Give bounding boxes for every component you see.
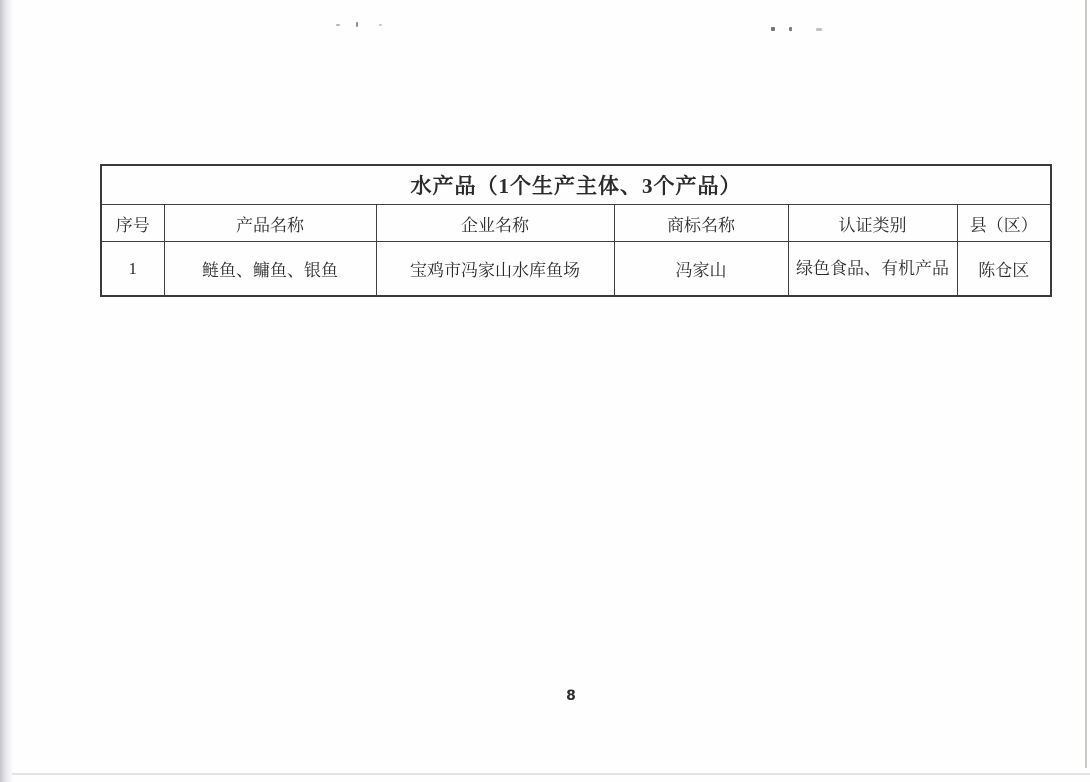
scanned-page: 水产品（1个生产主体、3个产品） 序号 产品名称 企业名称 商标名称 认证类别 … bbox=[0, 0, 1090, 782]
cell-brand-name: 冯家山 bbox=[614, 242, 788, 297]
scan-speck bbox=[336, 24, 340, 26]
cell-product-name: 鲢鱼、鳙鱼、银鱼 bbox=[164, 242, 376, 297]
column-header-seq: 序号 bbox=[101, 205, 164, 242]
table-header-row: 序号 产品名称 企业名称 商标名称 认证类别 县（区） bbox=[101, 205, 1051, 242]
column-header-product-name: 产品名称 bbox=[164, 205, 376, 242]
table-title: 水产品（1个生产主体、3个产品） bbox=[101, 165, 1051, 205]
scan-speck bbox=[771, 27, 775, 31]
scan-edge-bottom bbox=[12, 773, 1090, 775]
scan-speck bbox=[356, 22, 358, 27]
cell-county: 陈仓区 bbox=[957, 242, 1051, 297]
column-header-certification-type: 认证类别 bbox=[788, 205, 957, 242]
table-row: 1 鲢鱼、鳙鱼、银鱼 宝鸡市冯家山水库鱼场 冯家山 绿色食品、有机产品 陈仓区 bbox=[101, 242, 1051, 297]
column-header-county: 县（区） bbox=[957, 205, 1051, 242]
cell-certification-type: 绿色食品、有机产品 bbox=[788, 242, 957, 297]
aquatic-products-table: 水产品（1个生产主体、3个产品） 序号 产品名称 企业名称 商标名称 认证类别 … bbox=[100, 164, 1052, 297]
scan-speck bbox=[379, 24, 382, 26]
cell-company-name: 宝鸡市冯家山水库鱼场 bbox=[376, 242, 614, 297]
column-header-brand-name: 商标名称 bbox=[614, 205, 788, 242]
table-title-row: 水产品（1个生产主体、3个产品） bbox=[101, 165, 1051, 205]
scan-speck bbox=[816, 28, 822, 31]
column-header-company-name: 企业名称 bbox=[376, 205, 614, 242]
cell-seq: 1 bbox=[101, 242, 164, 297]
scan-edge-right bbox=[1085, 0, 1087, 768]
scan-edge-left bbox=[0, 0, 13, 782]
scan-speck bbox=[789, 27, 792, 31]
page-number: 8 bbox=[556, 688, 586, 704]
